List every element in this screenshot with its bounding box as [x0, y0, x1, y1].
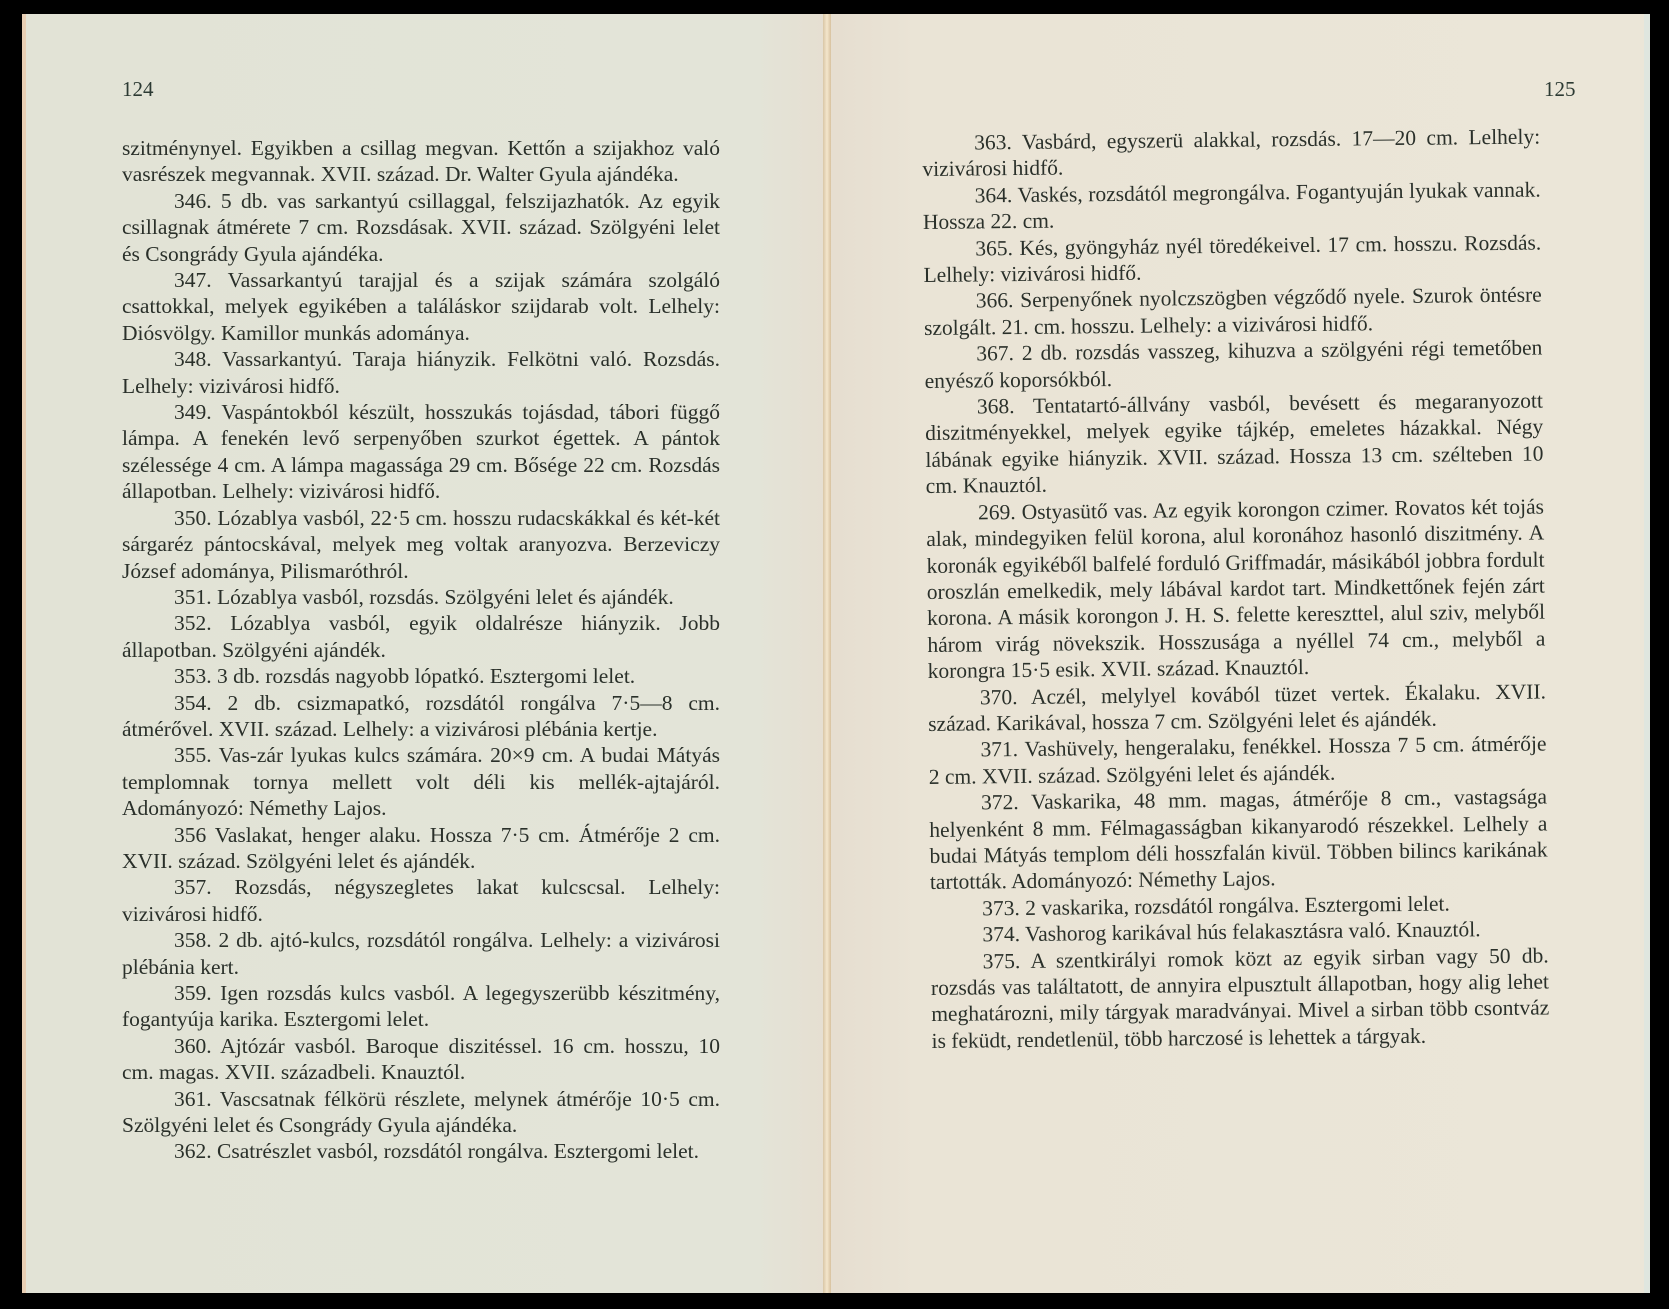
- catalog-entry: 360. Ajtózár vasból. Baroque diszitéssel…: [122, 1033, 720, 1086]
- catalog-entry: 375. A szentkirályi romok közt az egyik …: [931, 942, 1550, 1054]
- left-page: 124 szitménynyel. Egyikben a csillag meg…: [22, 14, 822, 1293]
- catalog-entry: 353. 3 db. rozsdás nagyobb lópatkó. Eszt…: [122, 663, 720, 689]
- catalog-entry: 364. Vaskés, rozsdától megrongálva. Foga…: [923, 176, 1542, 235]
- page-edge-right: [1644, 14, 1650, 1293]
- right-page: 125 363. Vasbárd, egyszerü alakkal, rozs…: [832, 14, 1644, 1293]
- catalog-entry: 350. Lózablya vasból, 22·5 cm. hosszu ru…: [122, 505, 720, 584]
- catalog-entry: 269. Ostyasütő vas. Az egyik korongon cz…: [926, 493, 1546, 684]
- catalog-entry: 347. Vassarkantyú tarajjal és a szijak s…: [122, 267, 720, 346]
- catalog-entry: 356 Vaslakat, henger alaku. Hossza 7·5 c…: [122, 822, 720, 875]
- page-body: szitménynyel. Egyikben a csillag megvan.…: [122, 135, 720, 1165]
- catalog-entry: 355. Vas-zár lyukas kulcs számára. 20×9 …: [122, 742, 720, 821]
- page-number: 124: [122, 76, 154, 102]
- catalog-entry: 354. 2 db. csizmapatkó, rozsdától rongál…: [122, 690, 720, 743]
- catalog-entry: 362. Csatrészlet vasból, rozsdától rongá…: [122, 1138, 720, 1164]
- catalog-entry: 349. Vaspántokból készült, hosszukás toj…: [122, 399, 720, 505]
- catalog-entry: 370. Aczél, melylyel kovából tüzet verte…: [928, 678, 1547, 737]
- catalog-entry: 368. Tentatartó-állvány vasból, bevésett…: [925, 388, 1544, 500]
- catalog-entry: 363. Vasbárd, egyszerü alakkal, rozsdás.…: [922, 124, 1541, 183]
- page-body: 363. Vasbárd, egyszerü alakkal, rozsdás.…: [922, 124, 1550, 1055]
- catalog-entry: 372. Vaskarika, 48 mm. magas, átmérője 8…: [929, 784, 1548, 896]
- catalog-entry: 351. Lózablya vasból, rozsdás. Szölgyéni…: [122, 584, 720, 610]
- catalog-entry: 367. 2 db. rozsdás vasszeg, kihuzva a sz…: [924, 335, 1543, 394]
- catalog-entry: 361. Vascsatnak félkörü részlete, melyne…: [122, 1086, 720, 1139]
- catalog-entry: 359. Igen rozsdás kulcs vasból. A legegy…: [122, 980, 720, 1033]
- catalog-entry: szitménynyel. Egyikben a csillag megvan.…: [122, 135, 720, 188]
- book-gutter: [823, 14, 831, 1293]
- catalog-entry: 357. Rozsdás, négyszegletes lakat kulcsc…: [122, 874, 720, 927]
- catalog-entry: 346. 5 db. vas sarkantyú csillaggal, fel…: [122, 188, 720, 267]
- page-number: 125: [1544, 76, 1576, 102]
- catalog-entry: 352. Lózablya vasból, egyik oldalrésze h…: [122, 610, 720, 663]
- catalog-entry: 358. 2 db. ajtó-kulcs, rozsdától rongálv…: [122, 927, 720, 980]
- catalog-entry: 366. Serpenyőnek nyolczszögben végződő n…: [924, 282, 1543, 341]
- catalog-entry: 371. Vashüvely, hengeralaku, fenékkel. H…: [928, 731, 1547, 790]
- catalog-entry: 348. Vassarkantyú. Taraja hiányzik. Felk…: [122, 346, 720, 399]
- catalog-entry: 365. Kés, gyöngyház nyél töredékeivel. 1…: [923, 229, 1542, 288]
